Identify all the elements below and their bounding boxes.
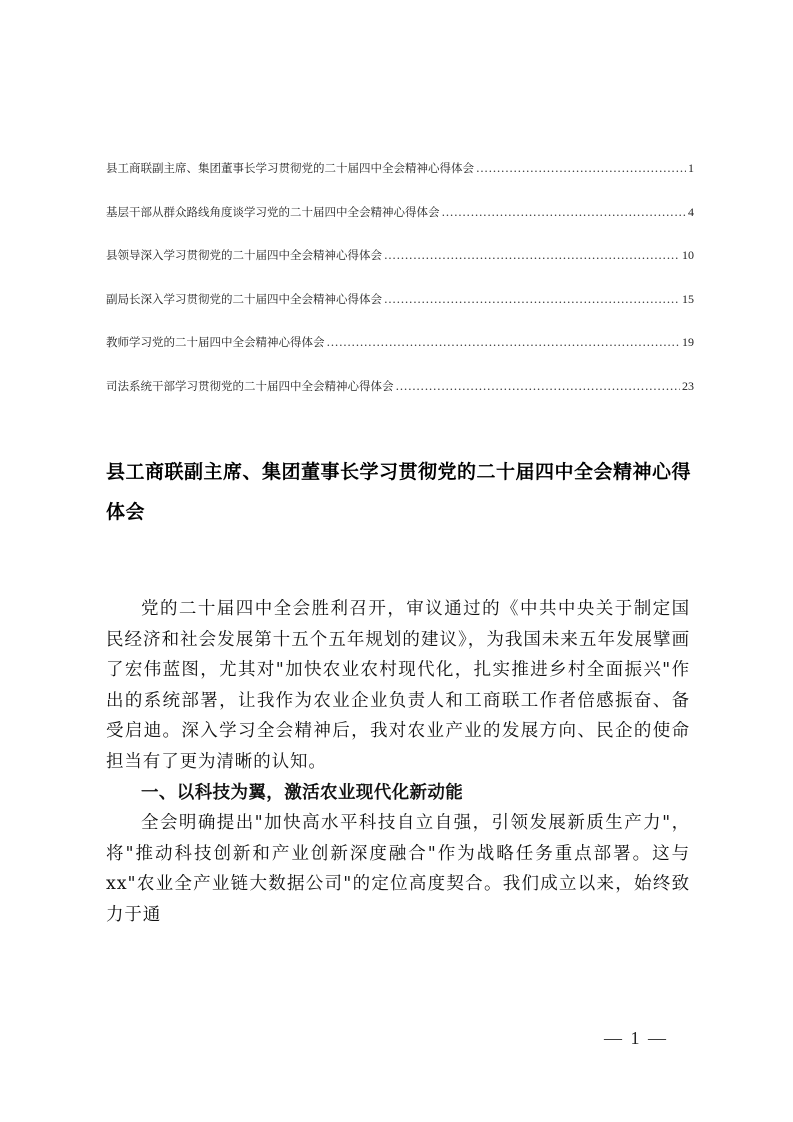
toc-entry-page[interactable]: 23 — [682, 379, 694, 394]
toc-leader-dots — [384, 292, 680, 306]
toc-entry-title[interactable]: 司法系统干部学习贯彻党的二十届四中全会精神心得体会 — [106, 378, 394, 394]
toc-entry-title[interactable]: 县工商联副主席、集团董事长学习贯彻党的二十届四中全会精神心得体会 — [106, 160, 474, 176]
toc-entry-title[interactable]: 副局长深入学习贯彻党的二十届四中全会精神心得体会 — [106, 291, 382, 307]
toc-entry-title[interactable]: 基层干部从群众路线角度谈学习党的二十届四中全会精神心得体会 — [106, 204, 440, 220]
table-of-contents: 县工商联副主席、集团董事长学习贯彻党的二十届四中全会精神心得体会 1 基层干部从… — [106, 160, 694, 422]
toc-entry[interactable]: 司法系统干部学习贯彻党的二十届四中全会精神心得体会 23 — [106, 378, 694, 393]
toc-entry-page[interactable]: 1 — [688, 161, 694, 176]
toc-entry[interactable]: 县领导深入学习贯彻党的二十届四中全会精神心得体会 10 — [106, 247, 694, 262]
toc-leader-dots — [442, 205, 687, 219]
toc-entry-title[interactable]: 教师学习党的二十届四中全会精神心得体会 — [106, 334, 325, 350]
page-number: — 1 — — [601, 1028, 671, 1049]
toc-leader-dots — [384, 248, 680, 262]
toc-entry-title[interactable]: 县领导深入学习贯彻党的二十届四中全会精神心得体会 — [106, 247, 382, 263]
article-title: 县工商联副主席、集团董事长学习贯彻党的二十届四中全会精神心得体会 — [106, 452, 706, 532]
toc-entry-page[interactable]: 4 — [688, 205, 694, 220]
toc-entry[interactable]: 副局长深入学习贯彻党的二十届四中全会精神心得体会 15 — [106, 291, 694, 306]
toc-leader-dots — [327, 335, 681, 349]
body-paragraph: 全会明确提出"加快高水平科技自立自强，引领发展新质生产力"，将"推动科技创新和产… — [106, 808, 690, 930]
toc-entry[interactable]: 基层干部从群众路线角度谈学习党的二十届四中全会精神心得体会 4 — [106, 204, 694, 219]
toc-entry[interactable]: 教师学习党的二十届四中全会精神心得体会 19 — [106, 334, 694, 349]
section-heading: 一、以科技为翼，激活农业现代化新动能 — [106, 778, 690, 809]
toc-entry-page[interactable]: 15 — [682, 292, 694, 307]
toc-entry-page[interactable]: 19 — [682, 335, 694, 350]
toc-entry-page[interactable]: 10 — [682, 248, 694, 263]
toc-entry[interactable]: 县工商联副主席、集团董事长学习贯彻党的二十届四中全会精神心得体会 1 — [106, 160, 694, 175]
toc-leader-dots — [476, 161, 686, 175]
toc-leader-dots — [396, 379, 681, 393]
article-body: 党的二十届四中全会胜利召开，审议通过的《中共中央关于制定国民经济和社会发展第十五… — [106, 594, 690, 931]
body-paragraph: 党的二十届四中全会胜利召开，审议通过的《中共中央关于制定国民经济和社会发展第十五… — [106, 594, 690, 778]
